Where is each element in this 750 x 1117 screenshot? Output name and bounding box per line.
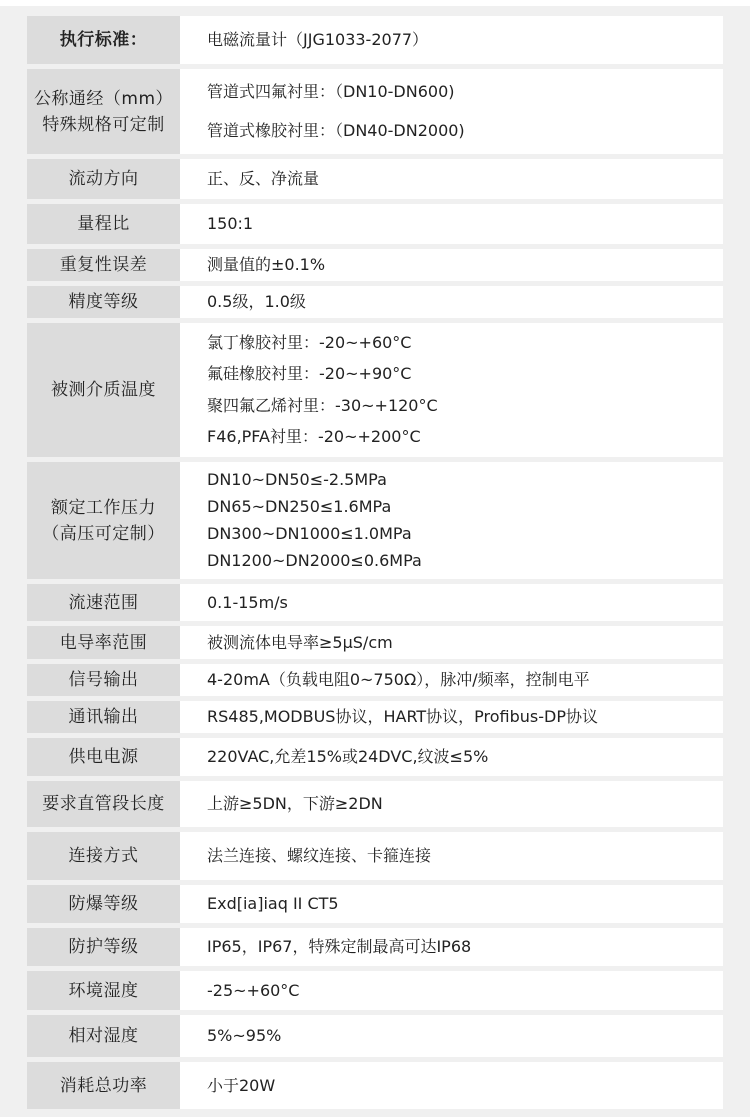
spec-row: 消耗总功率小于20W <box>27 1062 723 1109</box>
spec-value: 小于20W <box>180 1062 723 1109</box>
spec-label: 电导率范围 <box>27 626 180 659</box>
spec-label: 防护等级 <box>27 928 180 966</box>
spec-label-line: 量程比 <box>77 211 130 237</box>
spec-label-line: 执行标准： <box>60 27 148 53</box>
spec-label-line: 环境湿度 <box>69 978 139 1004</box>
spec-row: 信号输出4-20mA（负载电阻0~750Ω），脉冲/频率，控制电平 <box>27 664 723 696</box>
spec-label-line: 消耗总功率 <box>60 1073 148 1099</box>
spec-row: 防护等级IP65，IP67，特殊定制最高可达IP68 <box>27 928 723 966</box>
spec-label: 相对湿度 <box>27 1015 180 1057</box>
spec-label: 信号输出 <box>27 664 180 696</box>
spec-label-line: 防护等级 <box>69 934 139 960</box>
spec-value: 电磁流量计（JJG1033-2077） <box>180 16 723 64</box>
spec-value: RS485,MODBUS协议，HART协议，Profibus-DP协议 <box>180 701 723 733</box>
spec-label: 被测介质温度 <box>27 323 180 457</box>
spec-label: 环境湿度 <box>27 971 180 1010</box>
spec-value-line: 测量值的±0.1% <box>207 254 723 276</box>
spec-label-line: 相对湿度 <box>69 1023 139 1049</box>
spec-value: 测量值的±0.1% <box>180 249 723 281</box>
spec-row: 执行标准：电磁流量计（JJG1033-2077） <box>27 16 723 64</box>
spec-row: 防爆等级Exd[ia]iaq II CT5 <box>27 885 723 923</box>
spec-value: DN10~DN50≤-2.5MPaDN65~DN250≤1.6MPaDN300~… <box>180 462 723 579</box>
spec-label: 重复性误差 <box>27 249 180 281</box>
spec-label-line: 被测介质温度 <box>51 377 156 403</box>
spec-value-line: 5%~95% <box>207 1025 723 1047</box>
spec-row: 电导率范围被测流体电导率≥5μS/cm <box>27 626 723 659</box>
spec-value: 220VAC,允差15%或24DVC,纹波≤5% <box>180 738 723 776</box>
spec-label-line: 防爆等级 <box>69 891 139 917</box>
spec-label: 防爆等级 <box>27 885 180 923</box>
spec-value: 上游≥5DN，下游≥2DN <box>180 781 723 827</box>
spec-value-line: 氟硅橡胶衬里：-20~+90°C <box>207 363 723 385</box>
spec-label: 额定工作压力（高压可定制） <box>27 462 180 579</box>
spec-label: 连接方式 <box>27 832 180 880</box>
spec-label-line: 电导率范围 <box>60 630 148 656</box>
spec-label-line: 要求直管段长度 <box>42 791 165 817</box>
spec-value-line: DN65~DN250≤1.6MPa <box>207 496 723 518</box>
spec-value-line: 220VAC,允差15%或24DVC,纹波≤5% <box>207 746 723 768</box>
spec-value: 法兰连接、螺纹连接、卡箍连接 <box>180 832 723 880</box>
spec-label-line: 通讯输出 <box>69 704 139 730</box>
spec-label: 执行标准： <box>27 16 180 64</box>
spec-label-line: 额定工作压力 <box>51 495 156 521</box>
spec-label-line: 供电电源 <box>69 744 139 770</box>
spec-label: 精度等级 <box>27 286 180 318</box>
spec-label: 量程比 <box>27 204 180 244</box>
spec-value-line: 管道式橡胶衬里：（DN40-DN2000) <box>207 120 723 142</box>
spec-label-line: 特殊规格可定制 <box>42 112 165 138</box>
spec-label: 流动方向 <box>27 159 180 199</box>
spec-value: 4-20mA（负载电阻0~750Ω），脉冲/频率，控制电平 <box>180 664 723 696</box>
spec-value-line: IP65，IP67，特殊定制最高可达IP68 <box>207 936 723 958</box>
spec-value-line: 氯丁橡胶衬里：-20~+60°C <box>207 332 723 354</box>
spec-value-line: 管道式四氟衬里：（DN10-DN600) <box>207 81 723 103</box>
spec-value-line: 法兰连接、螺纹连接、卡箍连接 <box>207 845 723 867</box>
spec-value-line: 聚四氟乙烯衬里：-30~+120°C <box>207 395 723 417</box>
spec-label-line: 重复性误差 <box>60 252 148 278</box>
spec-row: 被测介质温度氯丁橡胶衬里：-20~+60°C氟硅橡胶衬里：-20~+90°C聚四… <box>27 323 723 457</box>
spec-value: 氯丁橡胶衬里：-20~+60°C氟硅橡胶衬里：-20~+90°C聚四氟乙烯衬里：… <box>180 323 723 457</box>
spec-value: 150:1 <box>180 204 723 244</box>
spec-value-line: 电磁流量计（JJG1033-2077） <box>207 29 723 51</box>
spec-value-line: 被测流体电导率≥5μS/cm <box>207 632 723 654</box>
spec-row: 公称通经（mm）特殊规格可定制管道式四氟衬里：（DN10-DN600)管道式橡胶… <box>27 69 723 154</box>
spec-row: 通讯输出RS485,MODBUS协议，HART协议，Profibus-DP协议 <box>27 701 723 733</box>
spec-value: 5%~95% <box>180 1015 723 1057</box>
spec-value: 管道式四氟衬里：（DN10-DN600)管道式橡胶衬里：（DN40-DN2000… <box>180 69 723 154</box>
top-strip <box>0 0 750 6</box>
spec-value: 0.1-15m/s <box>180 584 723 621</box>
spec-label-line: 公称通经（mm） <box>34 86 173 112</box>
spec-value: 被测流体电导率≥5μS/cm <box>180 626 723 659</box>
spec-value-line: Exd[ia]iaq II CT5 <box>207 893 723 915</box>
spec-row: 额定工作压力（高压可定制）DN10~DN50≤-2.5MPaDN65~DN250… <box>27 462 723 579</box>
spec-row: 精度等级0.5级，1.0级 <box>27 286 723 318</box>
spec-row: 连接方式法兰连接、螺纹连接、卡箍连接 <box>27 832 723 880</box>
spec-value-line: 0.5级，1.0级 <box>207 291 723 313</box>
spec-row: 流动方向正、反、净流量 <box>27 159 723 199</box>
spec-value: 0.5级，1.0级 <box>180 286 723 318</box>
spec-value: 正、反、净流量 <box>180 159 723 199</box>
spec-value-line: 正、反、净流量 <box>207 168 723 190</box>
spec-row: 供电电源220VAC,允差15%或24DVC,纹波≤5% <box>27 738 723 776</box>
spec-label-line: 连接方式 <box>69 843 139 869</box>
spec-label: 要求直管段长度 <box>27 781 180 827</box>
spec-label-line: 流动方向 <box>69 166 139 192</box>
spec-value: IP65，IP67，特殊定制最高可达IP68 <box>180 928 723 966</box>
spec-value-line: DN300~DN1000≤1.0MPa <box>207 523 723 545</box>
spec-row: 流速范围0.1-15m/s <box>27 584 723 621</box>
spec-value-line: DN10~DN50≤-2.5MPa <box>207 469 723 491</box>
spec-value-line: 0.1-15m/s <box>207 592 723 614</box>
spec-label-line: 流速范围 <box>69 590 139 616</box>
spec-value-line: F46,PFA衬里：-20~+200°C <box>207 426 723 448</box>
spec-value-line: RS485,MODBUS协议，HART协议，Profibus-DP协议 <box>207 706 723 728</box>
spec-label: 通讯输出 <box>27 701 180 733</box>
spec-label: 供电电源 <box>27 738 180 776</box>
spec-row: 重复性误差测量值的±0.1% <box>27 249 723 281</box>
spec-row: 相对湿度5%~95% <box>27 1015 723 1057</box>
spec-row: 要求直管段长度上游≥5DN，下游≥2DN <box>27 781 723 827</box>
spec-table: 执行标准：电磁流量计（JJG1033-2077）公称通经（mm）特殊规格可定制管… <box>27 16 723 1114</box>
spec-label-line: （高压可定制） <box>42 521 165 547</box>
spec-label-line: 信号输出 <box>69 667 139 693</box>
spec-value-line: 小于20W <box>207 1075 723 1097</box>
spec-label-line: 精度等级 <box>69 289 139 315</box>
spec-label: 公称通经（mm）特殊规格可定制 <box>27 69 180 154</box>
spec-value: -25~+60°C <box>180 971 723 1010</box>
spec-value-line: -25~+60°C <box>207 980 723 1002</box>
spec-value-line: 150:1 <box>207 213 723 235</box>
spec-row: 环境湿度-25~+60°C <box>27 971 723 1010</box>
spec-label: 消耗总功率 <box>27 1062 180 1109</box>
spec-row: 量程比150:1 <box>27 204 723 244</box>
spec-value-line: DN1200~DN2000≤0.6MPa <box>207 550 723 572</box>
spec-value-line: 4-20mA（负载电阻0~750Ω），脉冲/频率，控制电平 <box>207 669 723 691</box>
spec-value-line: 上游≥5DN，下游≥2DN <box>207 793 723 815</box>
spec-label: 流速范围 <box>27 584 180 621</box>
spec-value: Exd[ia]iaq II CT5 <box>180 885 723 923</box>
